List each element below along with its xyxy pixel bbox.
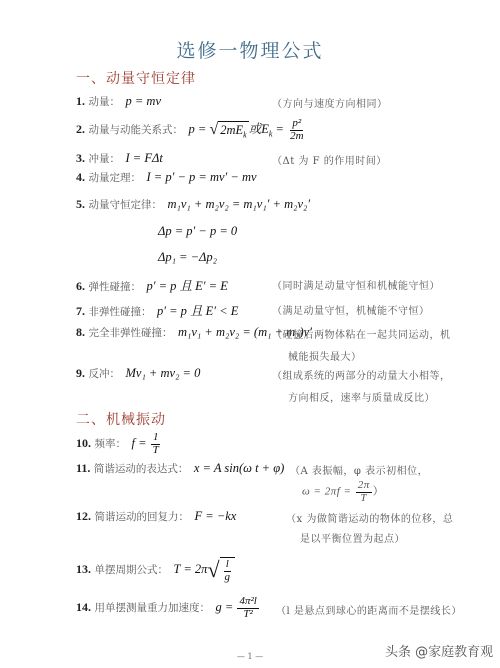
item-label: 弹性碰撞： bbox=[89, 281, 142, 293]
formula-item-3: 3. 冲量： I = FΔt bbox=[76, 151, 163, 166]
item-note-14: （l 是悬点到球心的距离而不是摆线长） bbox=[276, 602, 462, 617]
item-label: 简谐运动的回复力： bbox=[95, 511, 190, 523]
item-label: 反冲： bbox=[89, 368, 121, 380]
numerator: l bbox=[224, 559, 231, 572]
formula-lhs: ω = 2πf = bbox=[302, 486, 355, 498]
item-number: 8. bbox=[76, 325, 85, 339]
item-formula: g = 4π²lT² bbox=[216, 600, 260, 614]
formula-item-13: 13. 单摆周期公式： T = 2π√lg bbox=[76, 557, 235, 583]
item-formula: I = p′ − p = mv′ − mv bbox=[147, 170, 257, 184]
item-number: 13. bbox=[76, 562, 91, 576]
denominator: T bbox=[358, 493, 369, 505]
item-note-8: （碰撞后两物体粘在一起共同运动，机 bbox=[272, 326, 451, 341]
formula-item-11: 11. 简谐运动的表达式： x = A sin(ω t + φ) bbox=[76, 461, 284, 476]
item-formula: m₁v₁ + m₂v₂ = m₁v₁′ + m₂v₂′ bbox=[168, 197, 311, 211]
item-number: 11. bbox=[76, 461, 90, 475]
item-label: 动量守恒定律： bbox=[89, 199, 163, 211]
formula-item-6: 6. 弹性碰撞： p′ = p 且 E′ = E bbox=[76, 276, 228, 294]
denominator: T bbox=[151, 445, 161, 457]
numerator: 2π bbox=[356, 480, 372, 493]
item-formula: Mv₁ + mv₂ = 0 bbox=[126, 366, 201, 380]
numerator: p² bbox=[290, 118, 303, 131]
item-number: 14. bbox=[76, 600, 91, 614]
item-note-3: （Δt 为 F 的作用时间） bbox=[272, 152, 387, 167]
item-formula: x = A sin(ω t + φ) bbox=[194, 461, 284, 475]
formula-mid: 或E bbox=[249, 122, 269, 136]
fraction: 2πT bbox=[356, 480, 372, 504]
item-formula: T = 2π√lg bbox=[174, 562, 236, 576]
formula-item-4: 4. 动量定理： I = p′ − p = mv′ − mv bbox=[76, 170, 257, 185]
item-note-6: （同时满足动量守恒和机械能守恒） bbox=[272, 277, 440, 292]
formula-lhs: f = bbox=[132, 436, 150, 450]
item-number: 7. bbox=[76, 304, 85, 318]
numerator: 4π²l bbox=[237, 596, 258, 609]
item-number: 5. bbox=[76, 197, 85, 211]
formula-lhs: g = bbox=[216, 600, 237, 614]
formula-lhs: p = bbox=[189, 122, 210, 136]
item-formula: F = −kx bbox=[195, 509, 237, 523]
formula-item-2: 2. 动量与动能关系式： p = √2mEk或Ek = p²2m bbox=[76, 118, 307, 142]
formula-item-12: 12. 简谐运动的回复力： F = −kx bbox=[76, 509, 236, 524]
item-label: 单摆周期公式： bbox=[95, 564, 169, 576]
item-label: 动量： bbox=[89, 96, 121, 108]
item-label: 冲量： bbox=[89, 153, 121, 165]
numerator: 1 bbox=[151, 432, 161, 445]
formula-item-1: 1. 动量： p = mv bbox=[76, 94, 161, 109]
item-note-12-cont: 是以平衡位置为起点） bbox=[300, 530, 405, 545]
item-number: 9. bbox=[76, 366, 85, 380]
item-formula: p = √2mEk或Ek = p²2m bbox=[189, 122, 307, 136]
item-number: 6. bbox=[76, 279, 85, 293]
item-note-9: （组成系统的两部分的动量大小相等， bbox=[272, 367, 451, 382]
fraction: 1T bbox=[151, 432, 161, 456]
item-note-1: （方向与速度方向相同） bbox=[272, 95, 388, 110]
item-label: 动量定理： bbox=[89, 172, 142, 184]
subscript: k bbox=[243, 130, 247, 139]
formula-item-9: 9. 反冲： Mv₁ + mv₂ = 0 bbox=[76, 366, 200, 381]
formula-item-14: 14. 用单摆测量重力加速度： g = 4π²lT² bbox=[76, 596, 260, 620]
item-formula: p = mv bbox=[126, 94, 162, 108]
item-formula: f = 1T bbox=[132, 436, 162, 450]
formula-extra-1: Δp = p′ − p = 0 bbox=[158, 224, 237, 239]
fraction: p²2m bbox=[288, 118, 305, 142]
denominator: T² bbox=[241, 609, 254, 621]
formula-extra-2: Δp₁ = −Δp₂ bbox=[158, 250, 217, 265]
item-note-8-cont: 械能损失最大） bbox=[288, 348, 362, 363]
item-label: 频率： bbox=[95, 438, 127, 450]
page-title: 选修一物理公式 bbox=[0, 36, 500, 63]
item-note-9-cont: 方向相反，速率与质量成反比） bbox=[288, 389, 435, 404]
formula-item-10: 10. 频率： f = 1T bbox=[76, 432, 162, 456]
formula-lhs: T = 2π bbox=[174, 562, 208, 576]
item-number: 2. bbox=[76, 122, 85, 136]
item-label: 完全非弹性碰撞： bbox=[89, 327, 173, 339]
sqrt-symbol: √lg bbox=[207, 557, 235, 583]
item-label: 动量与动能关系式： bbox=[89, 124, 184, 136]
formula-item-5: 5. 动量守恒定律： m₁v₁ + m₂v₂ = m₁v₁′ + m₂v₂′ bbox=[76, 197, 310, 212]
item-note-12: （x 为做简谐运动的物体的位移，总 bbox=[286, 510, 453, 525]
item-note-11-cont: ω = 2πf = 2πT） bbox=[302, 480, 384, 504]
item-number: 1. bbox=[76, 94, 85, 108]
item-label: 非弹性碰撞： bbox=[89, 306, 152, 318]
fraction: 4π²lT² bbox=[237, 596, 258, 620]
sqrt-symbol: √2mEk bbox=[209, 121, 248, 140]
item-label: 简谐运动的表达式： bbox=[94, 463, 189, 475]
item-number: 4. bbox=[76, 170, 85, 184]
item-note-11: （A 表振幅，φ 表示初相位， bbox=[290, 462, 428, 477]
item-number: 3. bbox=[76, 151, 85, 165]
note-end: ） bbox=[373, 486, 385, 498]
sqrt-body: 2mE bbox=[220, 123, 243, 137]
item-formula: I = FΔt bbox=[126, 151, 163, 165]
denominator: g bbox=[223, 572, 233, 584]
item-number: 12. bbox=[76, 509, 91, 523]
item-label: 用单摆测量重力加速度： bbox=[95, 602, 211, 614]
item-number: 10. bbox=[76, 436, 91, 450]
formula-eq: = bbox=[272, 122, 287, 136]
item-formula: p′ = p 且 E′ = E bbox=[147, 279, 228, 293]
section-heading-momentum: 一、动量守恒定律 bbox=[76, 68, 196, 88]
item-note-7: （满足动量守恒，机械能不守恒） bbox=[272, 302, 430, 317]
section-heading-vibration: 二、机械振动 bbox=[76, 409, 166, 429]
fraction: lg bbox=[223, 559, 233, 583]
item-formula: p′ = p 且 E′ < E bbox=[157, 304, 238, 318]
page-number: — 1 — bbox=[0, 652, 500, 661]
formula-item-7: 7. 非弹性碰撞： p′ = p 且 E′ < E bbox=[76, 301, 238, 319]
denominator: 2m bbox=[288, 131, 305, 143]
